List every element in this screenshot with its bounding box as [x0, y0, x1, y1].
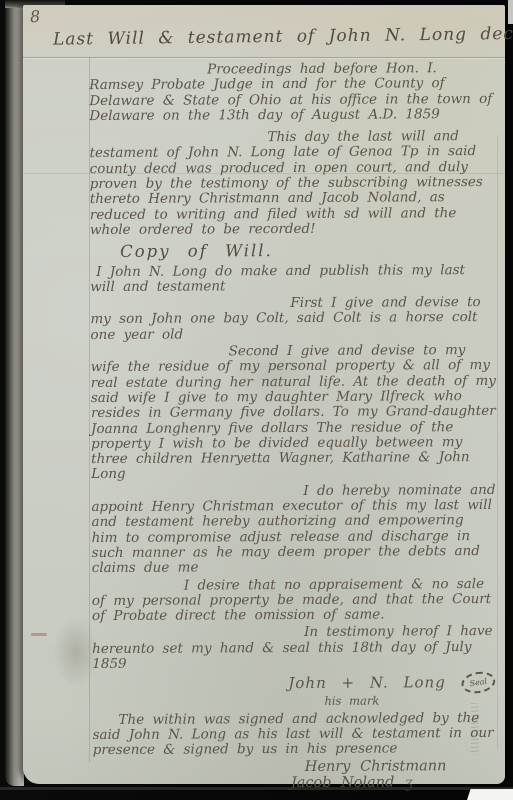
will-body: Proceedings had before Hon. I. Ramsey Pr…: [89, 61, 499, 793]
witness-signature: Henry Christmann: [305, 758, 499, 775]
signature-row: John + N. Long Seal: [288, 672, 498, 694]
paper-sliver-top: [508, 0, 513, 24]
testator-signature: John + N. Long: [288, 675, 446, 691]
attestation-paragraph: The within was signed and acknowledged b…: [92, 711, 498, 759]
will-title: Last Will & testament of John N. Long de…: [53, 24, 483, 49]
will-record-page: 8 Last Will & testament of John N. Long …: [23, 5, 505, 784]
seal-icon: Seal: [460, 670, 497, 696]
copy-of-will-heading: Copy of Will.: [120, 242, 496, 259]
photo-bottom-edge: [0, 787, 513, 790]
second-clause-paragraph: Second I give and devise to my wife the …: [91, 343, 498, 483]
appraisement-clause-paragraph: I desire that no appraisement & no sale …: [92, 576, 498, 624]
book-page-edges: [5, 0, 24, 786]
testimony-paragraph: In testimony herof I have hereunto set m…: [92, 624, 498, 672]
presentation-paragraph: This day the last will and testament of …: [89, 129, 496, 238]
page-number: 8: [29, 7, 40, 27]
red-pencil-mark: [31, 633, 47, 636]
title-rule-line: [23, 57, 505, 58]
first-clause-paragraph: First I give and devise to my son John o…: [90, 295, 496, 343]
his-mark-label: his mark: [324, 693, 498, 709]
opening-paragraph: I John N. Long do make and publish this …: [90, 263, 496, 296]
executor-clause-paragraph: I do hereby nominate and appoint Henry C…: [91, 483, 497, 577]
proceedings-paragraph: Proceedings had before Hon. I. Ramsey Pr…: [89, 61, 495, 124]
paper-sliver-bottom: [467, 789, 513, 800]
